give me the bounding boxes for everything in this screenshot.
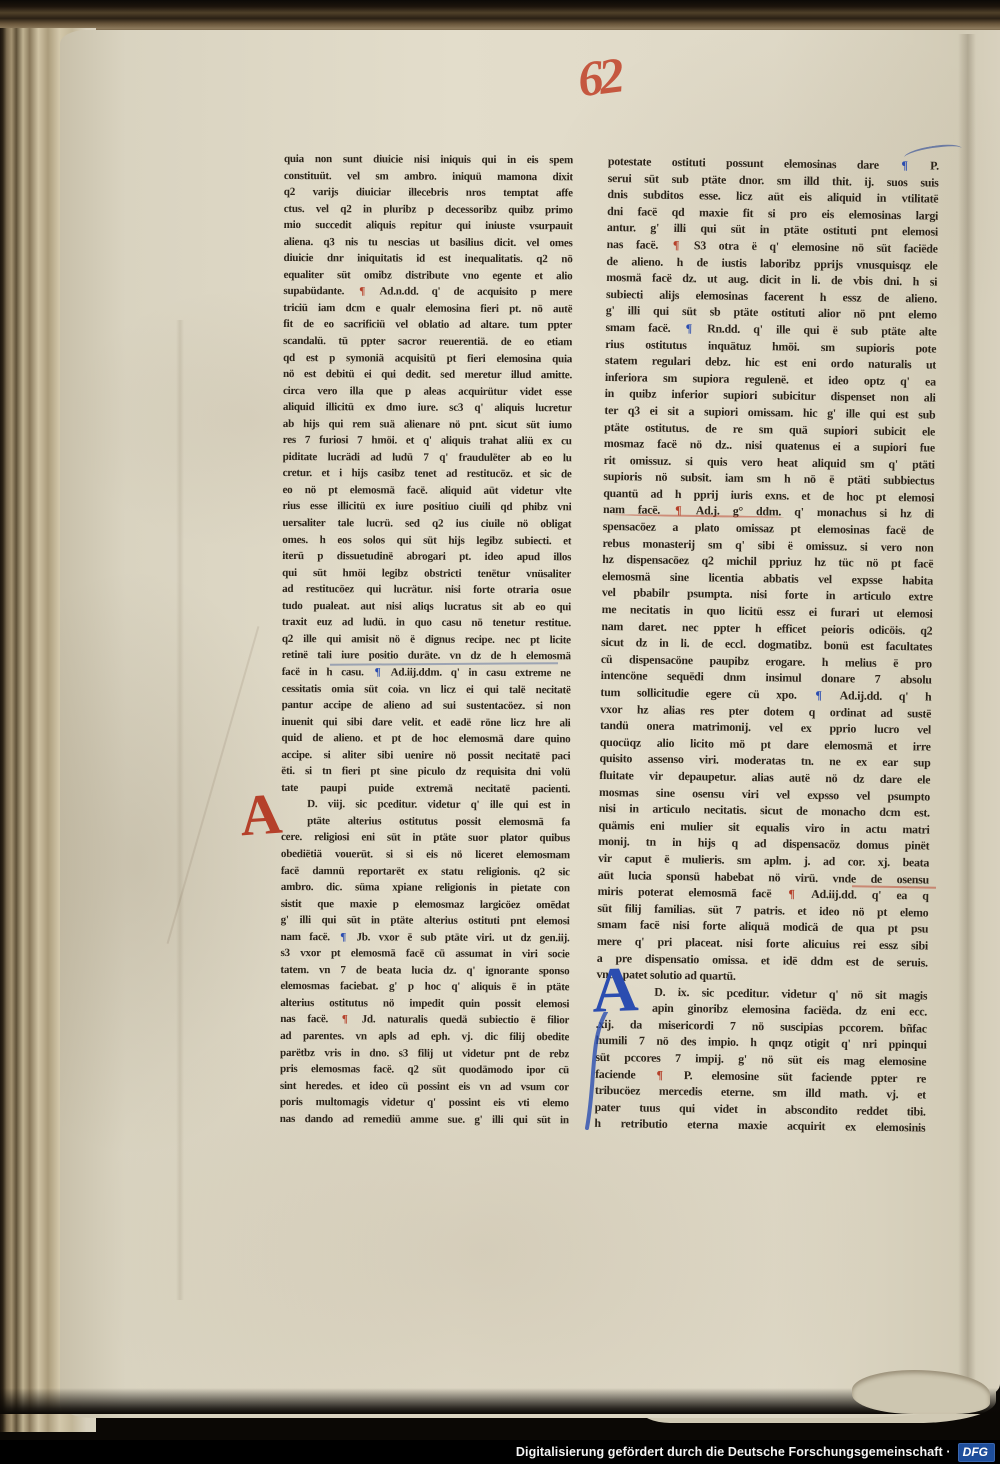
text-line: circa vero illa que p aleas acquirütur v… xyxy=(283,383,572,401)
text-line: triciü iam dcm e qualr elemosina fieri p… xyxy=(283,300,572,318)
text-line: rius esse illicitü ex iure positiuo ciui… xyxy=(282,498,571,516)
text-line: facë in h casu. ¶ Ad.iij.ddm. q' in casu… xyxy=(282,664,571,682)
text-line: elemosmas faciebat. g' p hoc q' aliquis … xyxy=(280,978,569,996)
text-line: accipe. si aliter sibi uenire nö possit … xyxy=(281,747,570,765)
text-line: tate paupi puide extremä necitatë pacien… xyxy=(281,780,570,798)
text-line: scandalü. tü ppter sacror reuerentiä. de… xyxy=(283,333,572,351)
text-line: pris elemosmas facë. q2 süt quodämodo ip… xyxy=(280,1061,569,1079)
text-line: ëti. si tn fieri pt sine piculo dz requi… xyxy=(281,763,570,781)
text-line: q2 ille qui amisit nö ë dignus recipe. n… xyxy=(282,631,571,649)
dfg-logo: DFG xyxy=(958,1443,995,1462)
pilcrow-mark: ¶ xyxy=(373,666,383,678)
text-line: cretur. et i hijs casibz tenet ad restit… xyxy=(283,465,572,483)
dfg-banner: Digitalisierung gefördert durch die Deut… xyxy=(0,1440,1000,1464)
drop-cap-blue: A xyxy=(591,957,639,1023)
text-column-left: quia non sunt diuicie nisi iniquis qui i… xyxy=(280,151,573,1129)
text-line: obediëtiä vouerüt. si si eis nö liceret … xyxy=(281,846,570,864)
text-line: nö est debitü ei qui dedit. sed meretur … xyxy=(283,366,572,384)
text-line: aliena. q3 nis tu nescias ut basilius di… xyxy=(284,234,573,252)
pilcrow-mark: ¶ xyxy=(671,238,681,252)
text-line: aliquid illicitü ex dmo iure. sc3 q' ali… xyxy=(283,399,572,417)
text-line: diuicie dnr iniquitatis id est inequalit… xyxy=(283,250,572,268)
text-line: g' illi qui süt in ptäte alterius ostitu… xyxy=(281,912,570,930)
text-line: mio succedit aliquis repitur qui iniuste… xyxy=(284,217,573,235)
text-line: parëtbz vris in dno. s3 filij ut videtur… xyxy=(280,1045,569,1063)
text-line: traxit euz ad ludü. in quo casu nö tenet… xyxy=(282,614,571,632)
text-line: poris multomagis videtur q' possint eis … xyxy=(280,1094,569,1112)
text-line: supabüdante. ¶ Ad.n.dd. q' de acquisito … xyxy=(283,283,572,301)
bottom-page-curve-shadow xyxy=(0,1388,1000,1414)
text-line: ad parentes. vn apls ad eph. vj. dic fil… xyxy=(280,1028,569,1046)
text-line: nas facë. ¶ Jd. naturalis quedä subiecti… xyxy=(280,1011,569,1029)
text-line: sistit que maxie p elemosmaz largicöez o… xyxy=(281,896,570,914)
pilcrow-mark: ¶ xyxy=(340,1014,350,1026)
text-line: pantur accipe de alieno ad sui sustentac… xyxy=(282,697,571,715)
page-crease-left xyxy=(176,320,184,1300)
text-line: cere. religiosi eni süt in ptäte suor pl… xyxy=(281,829,570,847)
pilcrow-mark: ¶ xyxy=(338,931,348,943)
text-line: qui süt hmöi legibz obstricti tenëtur vn… xyxy=(282,565,571,583)
pilcrow-mark: ¶ xyxy=(684,321,694,335)
pilcrow-mark: ¶ xyxy=(813,688,823,702)
text-line: uersaliter tale lucrü. sed q2 ius ciuile… xyxy=(282,515,571,533)
text-line: ambro. dic. süma xpiane religionis in pi… xyxy=(281,879,570,897)
pilcrow-mark: ¶ xyxy=(357,286,367,298)
text-line: tatem. vn 7 de beata lucia dz. q' ignora… xyxy=(280,962,569,980)
text-line: nas dando ad remediü amme sue. g' illi q… xyxy=(280,1111,569,1129)
text-column-right: potestate ostituti possunt elemosinas da… xyxy=(594,153,939,1137)
text-line: eo nö pt elemosmä facë. aliquid aüt vide… xyxy=(282,482,571,500)
text-line: facë damnü reportarët ex statu religioni… xyxy=(281,863,570,881)
text-line: s3 vxor pt elemosmä facë cü assumat in v… xyxy=(280,945,569,963)
text-line: equaliter süt omibz distribute vno egent… xyxy=(283,267,572,285)
text-line: nam facë. ¶ Jb. vxor ë sub ptäte viri. u… xyxy=(281,929,570,947)
text-line: ptäte alterius ostitutus possit elemosmä… xyxy=(281,813,570,831)
text-line: ab hijs qui rem suä alienare nö pnt. sic… xyxy=(283,416,572,434)
text-line: quia non sunt diuicie nisi iniquis qui i… xyxy=(284,151,573,169)
torn-corner xyxy=(852,1370,990,1414)
drop-cap-flourish xyxy=(584,1012,614,1132)
text-line: constituüt. vel sm ambro. iniquü mamona … xyxy=(284,168,573,186)
text-line: res 7 furiosi 7 hmöi. et q' aliquis trah… xyxy=(283,432,572,450)
text-line: alterius ostitutus nö impedit quin possi… xyxy=(280,995,569,1013)
page-crease-right xyxy=(958,34,976,1414)
text-line: q2 varijs diuiciar illecebris nros tempt… xyxy=(284,184,573,202)
text-line: D. viij. sic pceditur. videtur q' ille q… xyxy=(281,796,570,814)
banner-text: Digitalisierung gefördert durch die Deut… xyxy=(516,1445,951,1459)
text-line: omes. h eos solos qui süt hijs legibz su… xyxy=(282,532,571,550)
text-line: sint heredes. et ideo cü possint eis vn … xyxy=(280,1078,569,1096)
text-line: ad restitucöez qui lucrätur. nisi forte … xyxy=(282,581,571,599)
drop-cap-red: A xyxy=(238,785,284,846)
text-line: iterü p dissuetudinë abrogari pt. ideo a… xyxy=(282,548,571,566)
text-line: ctus. vel q2 in pluribz p decessoribz qu… xyxy=(284,201,573,219)
folio-number: 62 xyxy=(575,46,624,109)
text-line: tudo pualeat. aut nisi aliqs lucratus si… xyxy=(282,598,571,616)
text-line: piditate lucrädi ad ludü 7 q' fraudulëte… xyxy=(283,449,572,467)
text-line: inuenit qui sibi dare velit. et eadë rön… xyxy=(281,714,570,732)
text-line: quid de alieno. et pt de hoc elemosmä da… xyxy=(281,730,570,748)
text-line: fit de eo sacrificiü vel oblatio ad alta… xyxy=(283,316,572,334)
text-line: qd est p symoniä acquisitü pt fieri elem… xyxy=(283,350,572,368)
pilcrow-mark: ¶ xyxy=(786,887,796,901)
text-line: cessitatis omia süt coia. vn licz ei qui… xyxy=(282,680,571,698)
pilcrow-mark: ¶ xyxy=(654,1067,664,1081)
